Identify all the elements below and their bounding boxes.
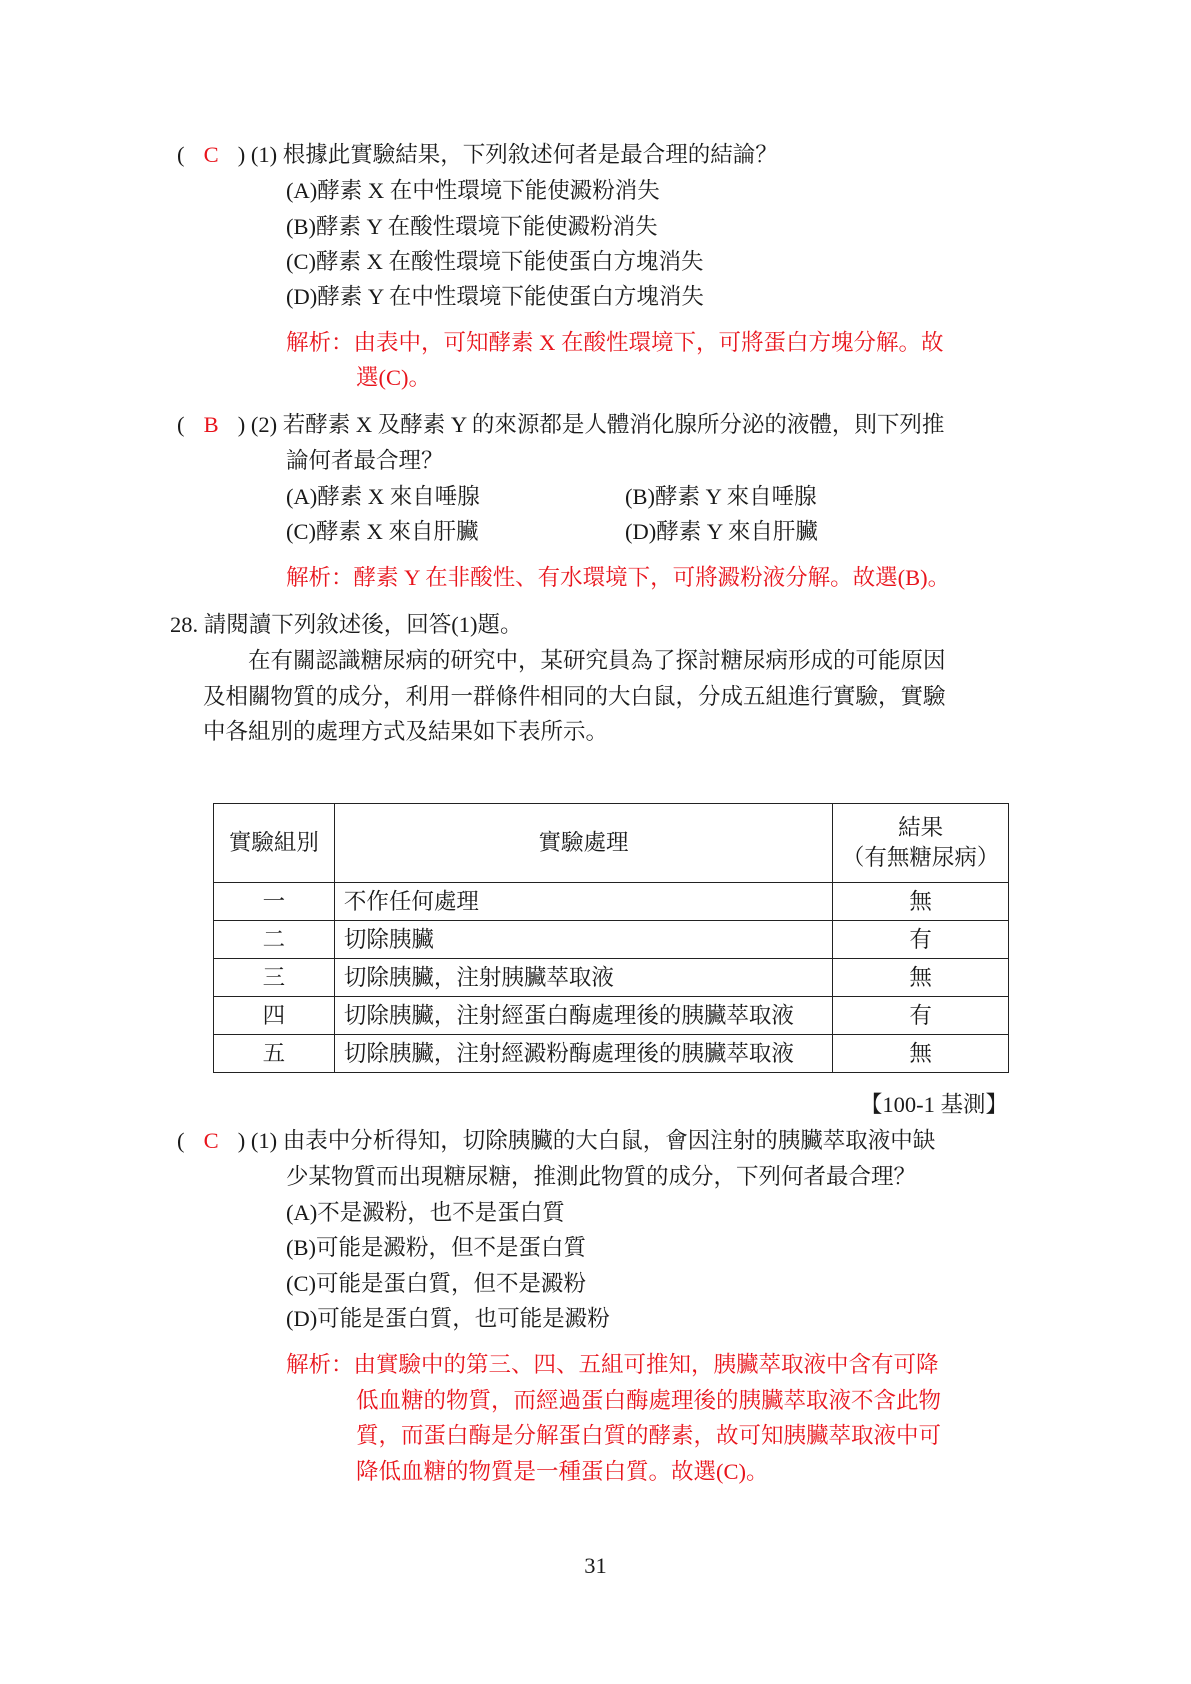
- option-a: (A)酵素 X 來自唾腺: [286, 482, 480, 512]
- option-b: (B)可能是澱粉，但不是蛋白質: [286, 1233, 586, 1263]
- header-group: 實驗組別: [214, 804, 335, 883]
- option-d: (D)酵素 Y 來自肝臟: [625, 517, 818, 547]
- cell-result: 無: [833, 883, 1009, 921]
- experiment-table: 實驗組別 實驗處理 結果 （有無糖尿病） 一 不作任何處理 無 二 切除胰臟 有…: [213, 803, 1009, 1073]
- passage-line: 中各組別的處理方式及結果如下表所示。: [203, 717, 608, 747]
- option-d: (D)可能是蛋白質，也可能是澱粉: [286, 1304, 610, 1334]
- analysis-line: 低血糖的物質，而經過蛋白酶處理後的胰臟萃取液不含此物: [356, 1386, 941, 1416]
- analysis-line: 解析：由實驗中的第三、四、五組可推知，胰臟萃取液中含有可降: [286, 1350, 939, 1380]
- header-treatment: 實驗處理: [334, 804, 832, 883]
- cell-treatment: 切除胰臟: [334, 921, 832, 959]
- page-number: 31: [0, 1553, 1191, 1579]
- table-row: 五 切除胰臟，注射經澱粉酶處理後的胰臟萃取液 無: [214, 1035, 1009, 1073]
- cell-result: 無: [833, 1035, 1009, 1073]
- header-result-title: 結果: [833, 813, 1008, 843]
- answer-letter: B: [190, 410, 232, 440]
- option-c: (C)酵素 X 來自肝臟: [286, 517, 479, 547]
- passage-line: 在有關認識糖尿病的研究中，某研究員為了探討糖尿病形成的可能原因: [248, 646, 946, 676]
- analysis-line: 質，而蛋白酶是分解蛋白質的酵素，故可知胰臟萃取液中可: [356, 1421, 941, 1451]
- cell-treatment: 切除胰臟，注射胰臟萃取液: [334, 959, 832, 997]
- option-b: (B)酵素 Y 在酸性環境下能使澱粉消失: [286, 212, 658, 242]
- cell-treatment: 切除胰臟，注射經澱粉酶處理後的胰臟萃取液: [334, 1035, 832, 1073]
- question-stem: 根據此實驗結果，下列敘述何者是最合理的結論？: [283, 142, 778, 167]
- table-row: 一 不作任何處理 無: [214, 883, 1009, 921]
- answer-letter: C: [190, 140, 232, 170]
- table-row: 四 切除胰臟，注射經蛋白酶處理後的胰臟萃取液 有: [214, 997, 1009, 1035]
- question-27-1-stem-line: ( C ) (1) 根據此實驗結果，下列敘述何者是最合理的結論？: [177, 140, 778, 170]
- analysis-line: 解析：酵素 Y 在非酸性、有水環境下，可將澱粉液分解。故選(B)。: [286, 563, 950, 593]
- option-b: (B)酵素 Y 來自唾腺: [625, 482, 817, 512]
- cell-group: 一: [214, 883, 335, 921]
- passage-line: 及相關物質的成分，利用一群條件相同的大白鼠，分成五組進行實驗，實驗: [203, 682, 946, 712]
- analysis-text: 由實驗中的第三、四、五組可推知，胰臟萃取液中含有可降: [354, 1352, 939, 1377]
- header-result-subtitle: （有無糖尿病）: [833, 843, 1008, 873]
- cell-result: 有: [833, 997, 1009, 1035]
- analysis-label: 解析：: [286, 1352, 354, 1377]
- open-paren: (: [177, 412, 185, 437]
- analysis-line: 解析：由表中，可知酵素 X 在酸性環境下，可將蛋白方塊分解。故: [286, 328, 944, 358]
- close-paren: ): [238, 412, 246, 437]
- question-stem: 由表中分析得知，切除胰臟的大白鼠，會因注射的胰臟萃取液中缺: [283, 1128, 936, 1153]
- question-28-1-stem-line: ( C ) (1) 由表中分析得知，切除胰臟的大白鼠，會因注射的胰臟萃取液中缺: [177, 1126, 935, 1156]
- cell-treatment: 切除胰臟，注射經蛋白酶處理後的胰臟萃取液: [334, 997, 832, 1035]
- sub-question-number: (1): [251, 1128, 277, 1153]
- answer-letter: C: [190, 1126, 232, 1156]
- option-d: (D)酵素 Y 在中性環境下能使蛋白方塊消失: [286, 282, 704, 312]
- source-citation: 【100-1 基測】: [860, 1090, 1008, 1120]
- cell-group: 四: [214, 997, 335, 1035]
- analysis-text: 由表中，可知酵素 X 在酸性環境下，可將蛋白方塊分解。故: [354, 330, 944, 355]
- question-27-2-stem-line: ( B ) (2) 若酵素 X 及酵素 Y 的來源都是人體消化腺所分泌的液體，則…: [177, 410, 944, 440]
- option-a: (A)不是澱粉，也不是蛋白質: [286, 1198, 565, 1228]
- cell-group: 三: [214, 959, 335, 997]
- cell-result: 有: [833, 921, 1009, 959]
- analysis-text: 酵素 Y 在非酸性、有水環境下，可將澱粉液分解。故選(B)。: [354, 565, 951, 590]
- cell-group: 五: [214, 1035, 335, 1073]
- table-row: 三 切除胰臟，注射胰臟萃取液 無: [214, 959, 1009, 997]
- sub-question-number: (1): [251, 142, 277, 167]
- open-paren: (: [177, 142, 185, 167]
- question-stem: 若酵素 X 及酵素 Y 的來源都是人體消化腺所分泌的液體，則下列推: [283, 412, 945, 437]
- close-paren: ): [238, 1128, 246, 1153]
- cell-group: 二: [214, 921, 335, 959]
- cell-result: 無: [833, 959, 1009, 997]
- question-stem-continued: 論何者最合理？: [286, 446, 444, 476]
- analysis-label: 解析：: [286, 565, 354, 590]
- header-result: 結果 （有無糖尿病）: [833, 804, 1009, 883]
- option-c: (C)可能是蛋白質，但不是澱粉: [286, 1269, 586, 1299]
- sub-question-number: (2): [251, 412, 277, 437]
- table-row: 二 切除胰臟 有: [214, 921, 1009, 959]
- analysis-line: 降低血糖的物質是一種蛋白質。故選(C)。: [356, 1457, 769, 1487]
- analysis-line: 選(C)。: [356, 363, 431, 393]
- close-paren: ): [238, 142, 246, 167]
- analysis-label: 解析：: [286, 330, 354, 355]
- open-paren: (: [177, 1128, 185, 1153]
- option-a: (A)酵素 X 在中性環境下能使澱粉消失: [286, 176, 660, 206]
- table-header-row: 實驗組別 實驗處理 結果 （有無糖尿病）: [214, 804, 1009, 883]
- option-c: (C)酵素 X 在酸性環境下能使蛋白方塊消失: [286, 247, 704, 277]
- cell-treatment: 不作任何處理: [334, 883, 832, 921]
- question-stem-continued: 少某物質而出現糖尿糖，推測此物質的成分，下列何者最合理？: [286, 1162, 916, 1192]
- question-28-heading: 28. 請閱讀下列敘述後，回答(1)題。: [170, 610, 523, 640]
